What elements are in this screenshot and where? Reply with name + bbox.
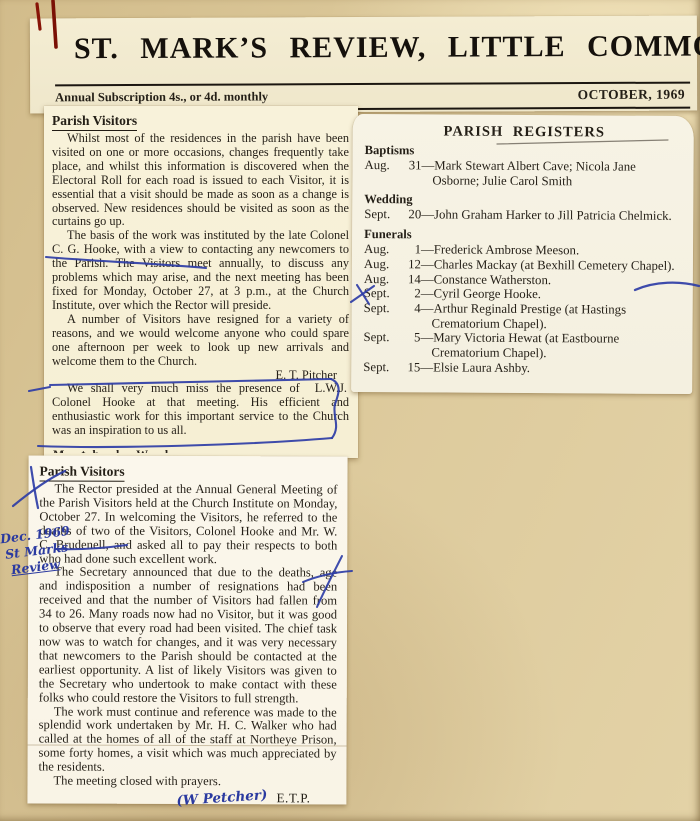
registers-section-baptisms: Baptisms Aug. 31 —Mark Stewart Albert Ca… <box>364 143 683 189</box>
entry-day: 5 <box>400 331 420 361</box>
article2-paragraph: The Secretary announced that due to the … <box>39 566 337 706</box>
tribute-signature: L.W.J. <box>300 382 349 396</box>
masthead-rule-top <box>55 82 690 87</box>
entry-names: —Mary Victoria Hewat (at Eastbourne Crem… <box>420 331 682 362</box>
register-entry: Sept. 15 —Elsie Laura Ashby. <box>363 360 682 377</box>
article1-signature: E. T. Pitcher <box>52 368 349 382</box>
handwritten-margin-note: Dec. 1969 St Marks Review <box>0 523 75 579</box>
article-parish-visitors-agm: Parish Visitors The Rector presided at t… <box>27 455 347 804</box>
article2-paragraph: The meeting closed with prayers. <box>38 775 336 790</box>
register-entry: Sept. 5 —Mary Victoria Hewat (at Eastbou… <box>363 330 682 361</box>
entry-day: 12 <box>401 257 421 272</box>
registers-title: PARISH REGISTERS <box>365 123 684 142</box>
article2-signature: E.T.P. <box>276 790 310 806</box>
entry-names: —John Graham Harker to Jill Patricia Che… <box>421 208 683 224</box>
subscription-price: Annual Subscription 4s., or 4d. monthly <box>55 89 268 105</box>
register-entry: Aug. 31 —Mark Stewart Albert Cave; Nicol… <box>364 158 683 189</box>
entry-names: —Elsie Laura Ashby. <box>420 360 682 376</box>
entry-month: Sept. <box>363 330 400 360</box>
article2-paragraph: The Rector presided at the Annual Genera… <box>39 482 337 566</box>
article-parish-visitors-october: Parish Visitors Whilst most of the resid… <box>44 106 358 458</box>
entry-month: Aug. <box>364 257 401 272</box>
entry-month: Sept. <box>363 360 400 375</box>
cutoff-print-fragment: M th l W l <box>53 447 203 453</box>
handwritten-attribution: (W Petcher) <box>176 787 268 809</box>
scrapbook-page: ST. MARK’S REVIEW, LITTLE COMMON Annual … <box>0 0 700 821</box>
entry-day: 15 <box>400 360 420 375</box>
article1-paragraph: Whilst most of the residences in the par… <box>52 132 349 229</box>
entry-month: Sept. <box>364 301 401 331</box>
article1-paragraph: A number of Visitors have resigned for a… <box>52 313 349 369</box>
register-entry: Sept. 4 —Arthur Reginald Prestige (at Ha… <box>364 301 683 332</box>
issue-date: OCTOBER, 1969 <box>578 87 686 103</box>
entry-day: 14 <box>401 272 421 287</box>
entry-names: —Mark Stewart Albert Cave; Nicola Jane O… <box>421 158 683 189</box>
article2-paragraph: The work must continue and reference was… <box>38 705 336 776</box>
entry-month: Aug. <box>364 242 401 257</box>
entry-names: —Frederick Ambrose Meeson. <box>421 242 683 258</box>
entry-names: —Constance Watherston. <box>421 272 683 288</box>
entry-day: 1 <box>401 242 421 257</box>
entry-day: 2 <box>401 286 421 301</box>
entry-day: 20 <box>401 208 421 223</box>
newsletter-title: ST. MARK’S REVIEW, LITTLE COMMON <box>74 30 697 67</box>
article1-tribute-paragraph: L.W.J.We shall very much miss the presen… <box>52 382 349 438</box>
masthead-subline: Annual Subscription 4s., or 4d. monthly … <box>55 87 685 106</box>
entry-names: —Charles Mackay (at Bexhill Cemetery Cha… <box>421 257 683 273</box>
entry-month: Aug. <box>364 158 401 188</box>
entry-month: Sept. <box>364 286 401 301</box>
register-entry: Sept. 20 —John Graham Harker to Jill Pat… <box>364 207 683 224</box>
article2-heading: Parish Visitors <box>40 463 125 481</box>
entry-month: Sept. <box>364 207 401 222</box>
registers-section-wedding: Wedding Sept. 20 —John Graham Harker to … <box>364 192 683 224</box>
article1-heading: Parish Visitors <box>52 113 137 131</box>
masthead-clipping: ST. MARK’S REVIEW, LITTLE COMMON Annual … <box>30 16 697 114</box>
article2-signature-row: (W Petcher) E.T.P. <box>38 788 336 806</box>
entry-day: 31 <box>401 158 421 188</box>
entry-month: Aug. <box>364 272 401 287</box>
entry-day: 4 <box>401 301 421 331</box>
entry-names: —Cyril George Hooke. <box>421 287 683 303</box>
registers-section-funerals: Funerals Aug. 1 —Frederick Ambrose Meeso… <box>363 227 683 376</box>
article1-paragraph: The basis of the work was instituted by … <box>52 229 349 312</box>
entry-names: —Arthur Reginald Prestige (at Hastings C… <box>421 301 683 332</box>
parish-registers-clipping: PARISH REGISTERS Baptisms Aug. 31 —Mark … <box>351 114 694 394</box>
